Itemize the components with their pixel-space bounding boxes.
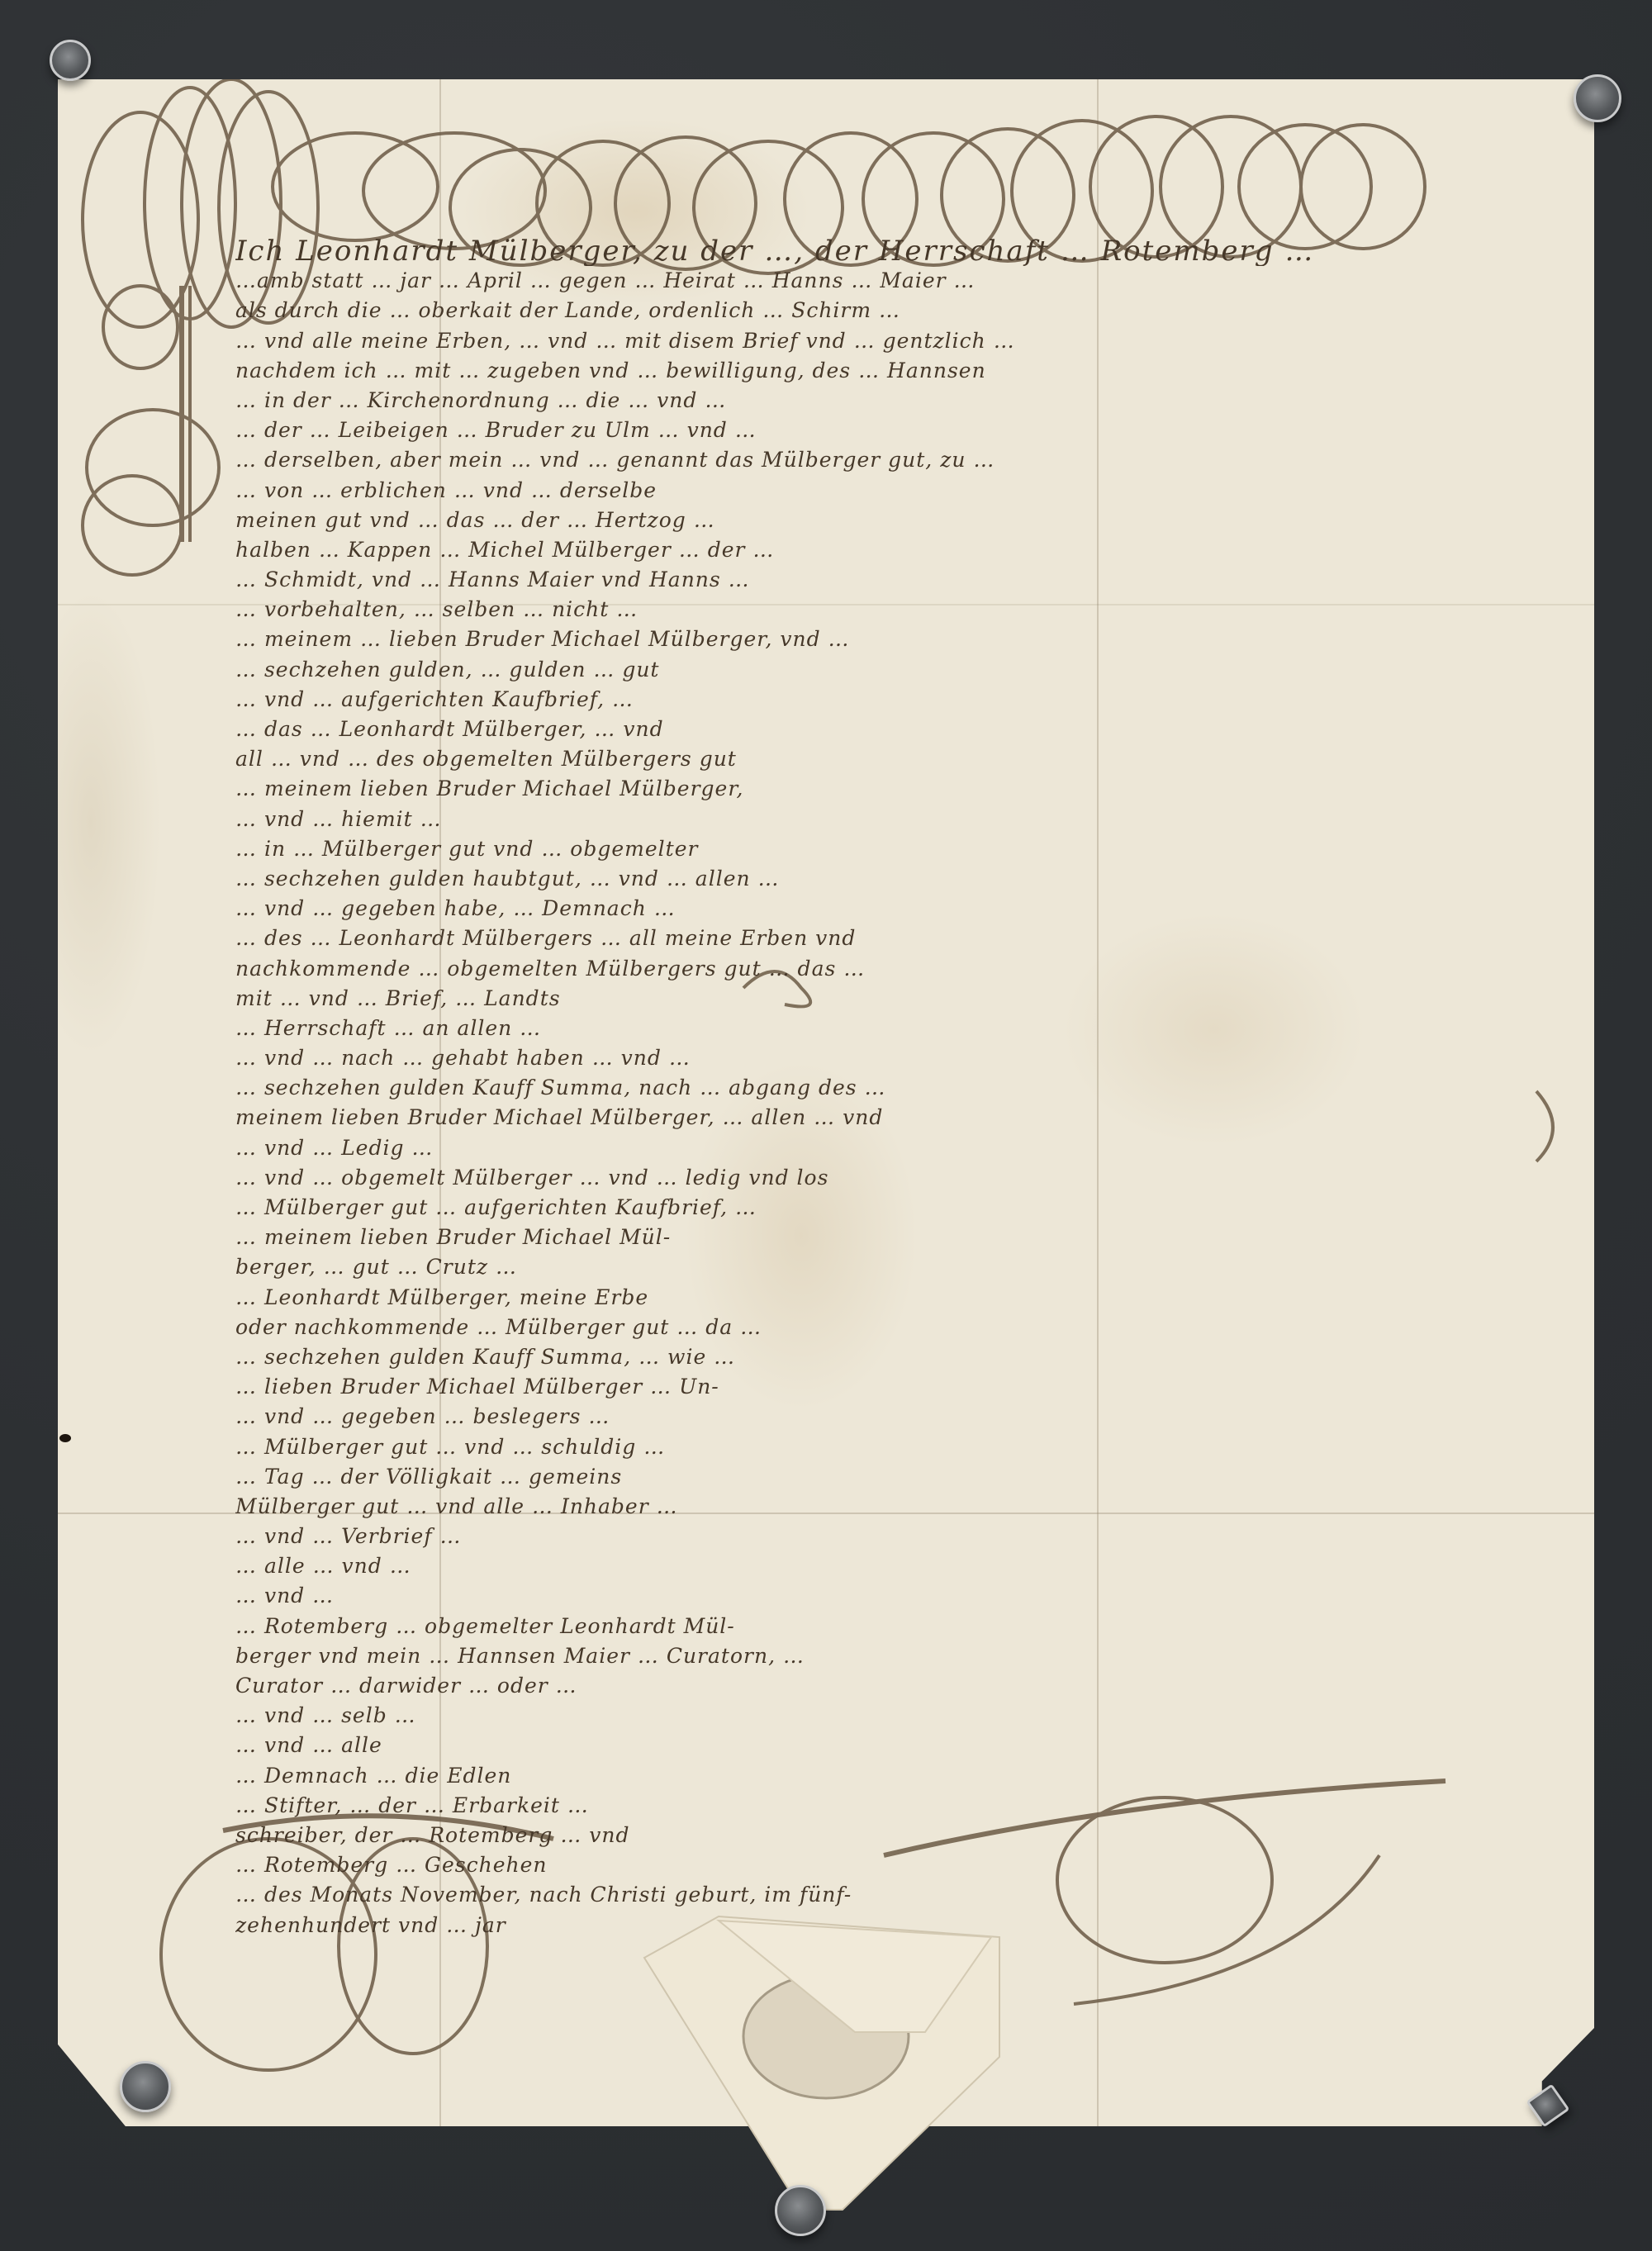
text-line: meinem lieben Bruder Michael Mülberger, … bbox=[235, 1103, 1524, 1133]
text-line: … Schmidt, vnd … Hanns Maier vnd Hanns … bbox=[235, 565, 1524, 595]
text-line: als durch die … oberkait der Lande, orde… bbox=[235, 296, 1524, 325]
text-line: … derselben, aber mein … vnd … genannt d… bbox=[235, 445, 1524, 475]
seal-flap bbox=[636, 1892, 1008, 2214]
text-line: … Mülberger gut … aufgerichten Kaufbrief… bbox=[235, 1193, 1524, 1223]
text-line: … alle … vnd … bbox=[235, 1551, 1524, 1581]
text-line: oder nachkommende … Mülberger gut … da … bbox=[235, 1313, 1524, 1342]
text-line: Curator … darwider … oder … bbox=[235, 1671, 1524, 1701]
text-line: meinen gut vnd … das … der … Hertzog … bbox=[235, 506, 1524, 535]
magnet-bottom-center-icon bbox=[775, 2185, 826, 2236]
text-line: … von … erblichen … vnd … derselbe bbox=[235, 476, 1524, 506]
text-line: … sechzehen gulden haubtgut, … vnd … all… bbox=[235, 864, 1524, 894]
text-line: … Herrschaft … an allen … bbox=[235, 1014, 1524, 1043]
text-line: … Leonhardt Mülberger, meine Erbe bbox=[235, 1283, 1524, 1313]
text-line: … in … Mülberger gut vnd … obgemelter bbox=[235, 834, 1524, 864]
text-line: Mülberger gut … vnd alle … Inhaber … bbox=[235, 1492, 1524, 1522]
text-line: … Stifter, … der … Erbarkeit … bbox=[235, 1791, 1524, 1821]
text-line: schreiber, der … Rotemberg … vnd bbox=[235, 1821, 1524, 1850]
text-line: … in der … Kirchenordnung … die … vnd … bbox=[235, 386, 1524, 416]
text-line: … meinem lieben Bruder Michael Mülberger… bbox=[235, 774, 1524, 804]
text-line: … vnd … alle bbox=[235, 1731, 1524, 1760]
text-line: … meinem lieben Bruder Michael Mül- bbox=[235, 1223, 1524, 1252]
text-line: … vnd … selb … bbox=[235, 1701, 1524, 1731]
text-line: … vnd … nach … gehabt haben … vnd … bbox=[235, 1043, 1524, 1073]
text-line: nachkommende … obgemelten Mülbergers gut… bbox=[235, 954, 1524, 984]
text-line: mit … vnd … Brief, … Landts bbox=[235, 984, 1524, 1014]
text-line: … vnd … Ledig … bbox=[235, 1133, 1524, 1163]
text-line: berger vnd mein … Hannsen Maier … Curato… bbox=[235, 1641, 1524, 1671]
text-line: …amb statt … jar … April … gegen … Heira… bbox=[235, 266, 1524, 296]
text-line: … Rotemberg … Geschehen bbox=[235, 1850, 1524, 1880]
text-line: … der … Leibeigen … Bruder zu Ulm … vnd … bbox=[235, 416, 1524, 445]
text-line: berger, … gut … Crutz … bbox=[235, 1252, 1524, 1282]
text-line: … vnd … gegeben habe, … Demnach … bbox=[235, 894, 1524, 924]
text-line: halben … Kappen … Michel Mülberger … der… bbox=[235, 535, 1524, 565]
text-line: … vnd … bbox=[235, 1581, 1524, 1611]
manuscript-text-body: Ich Leonhardt Mülberger, zu der …, der H… bbox=[235, 236, 1524, 1940]
text-line: … vorbehalten, … selben … nicht … bbox=[235, 595, 1524, 624]
text-line: … vnd … Verbrief … bbox=[235, 1522, 1524, 1551]
text-line: … Tag … der Völligkait … gemeins bbox=[235, 1462, 1524, 1492]
text-line: … sechzehen gulden Kauff Summa, nach … a… bbox=[235, 1073, 1524, 1103]
text-line: all … vnd … des obgemelten Mülbergers gu… bbox=[235, 744, 1524, 774]
text-line: … lieben Bruder Michael Mülberger … Un- bbox=[235, 1372, 1524, 1402]
ink-blot bbox=[59, 1434, 71, 1442]
text-line: … vnd … aufgerichten Kaufbrief, … bbox=[235, 685, 1524, 715]
text-line: … Demnach … die Edlen bbox=[235, 1761, 1524, 1791]
manuscript-paper: Ich Leonhardt Mülberger, zu der …, der H… bbox=[58, 79, 1594, 2126]
text-line: … Rotemberg … obgemelter Leonhardt Mül- bbox=[235, 1612, 1524, 1641]
text-line: nachdem ich … mit … zugeben vnd … bewill… bbox=[235, 356, 1524, 386]
magnet-top-right-icon bbox=[1574, 74, 1621, 122]
text-line: … vnd alle meine Erben, … vnd … mit dise… bbox=[235, 326, 1524, 356]
text-line: … sechzehen gulden Kauff Summa, … wie … bbox=[235, 1342, 1524, 1372]
text-line: … vnd … gegeben … beslegers … bbox=[235, 1402, 1524, 1432]
text-line: … des … Leonhardt Mülbergers … all meine… bbox=[235, 924, 1524, 953]
opening-line: Ich Leonhardt Mülberger, zu der …, der H… bbox=[235, 236, 1524, 266]
magnet-bottom-left-icon bbox=[120, 2061, 171, 2112]
text-line: … Mülberger gut … vnd … schuldig … bbox=[235, 1432, 1524, 1462]
magnet-top-left-icon bbox=[50, 40, 91, 81]
text-line: … vnd … hiemit … bbox=[235, 805, 1524, 834]
text-line: … vnd … obgemelt Mülberger … vnd … ledig… bbox=[235, 1163, 1524, 1193]
text-line: … sechzehen gulden, … gulden … gut bbox=[235, 655, 1524, 685]
text-line: … meinem … lieben Bruder Michael Mülberg… bbox=[235, 624, 1524, 654]
text-line: … das … Leonhardt Mülberger, … vnd bbox=[235, 715, 1524, 744]
